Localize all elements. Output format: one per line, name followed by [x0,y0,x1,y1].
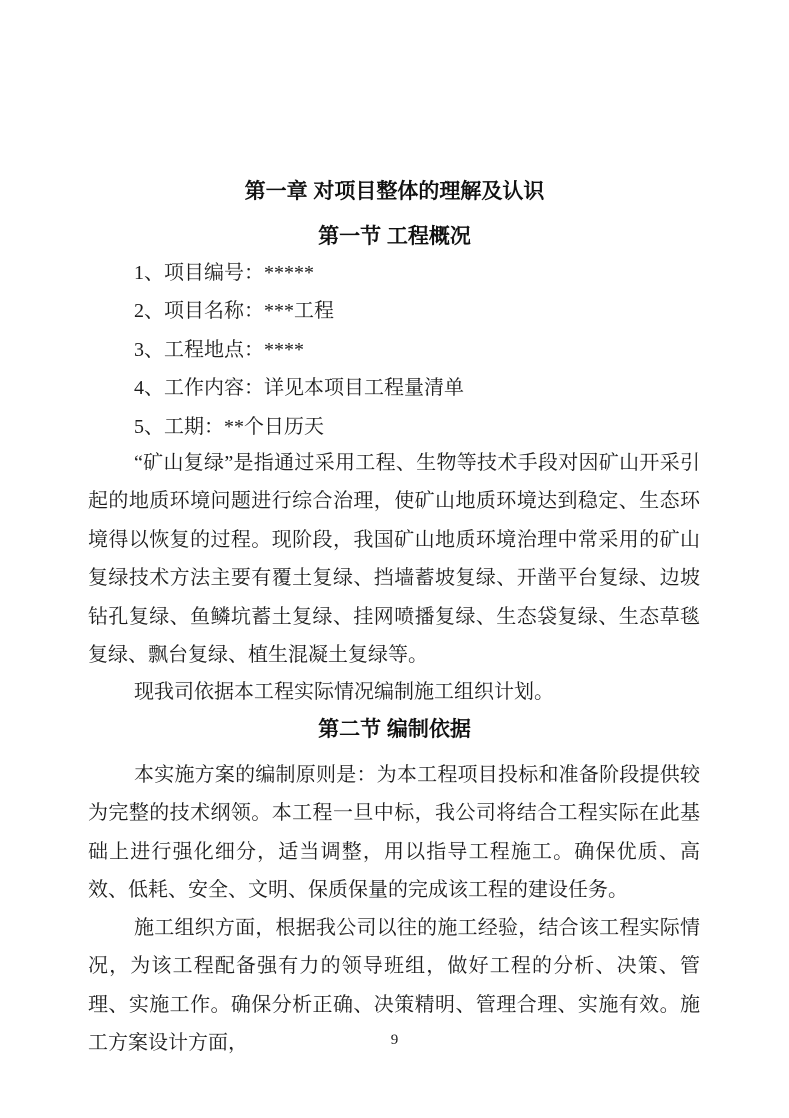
list-item: 2、项目名称：***工程 [88,292,700,330]
paragraph-mine-regreening: “矿山复绿”是指通过采用工程、生物等技术手段对因矿山开采引起的地质环境问题进行综… [88,444,700,674]
paragraph-plan-statement: 现我司依据本工程实际情况编制施工组织计划。 [88,673,700,711]
chapter-heading: 第一章 对项目整体的理解及认识 [0,173,789,211]
section-heading-basis: 第二节 编制依据 [0,711,789,749]
project-info-list: 1、项目编号：***** 2、项目名称：***工程 3、工程地点：**** 4、… [88,254,700,446]
list-item: 4、工作内容：详见本项目工程量清单 [88,369,700,407]
document-page: 第一章 对项目整体的理解及认识 第一节 工程概况 1、项目编号：***** 2、… [0,0,789,1118]
list-item: 1、项目编号：***** [88,254,700,292]
section-heading-overview: 第一节 工程概况 [0,218,789,256]
list-item: 5、工期：**个日历天 [88,408,700,446]
page-number: 9 [0,1030,789,1050]
list-item: 3、工程地点：**** [88,331,700,369]
paragraph-compilation-principle: 本实施方案的编制原则是：为本工程项目投标和准备阶段提供较为完整的技术纲领。本工程… [88,756,700,910]
